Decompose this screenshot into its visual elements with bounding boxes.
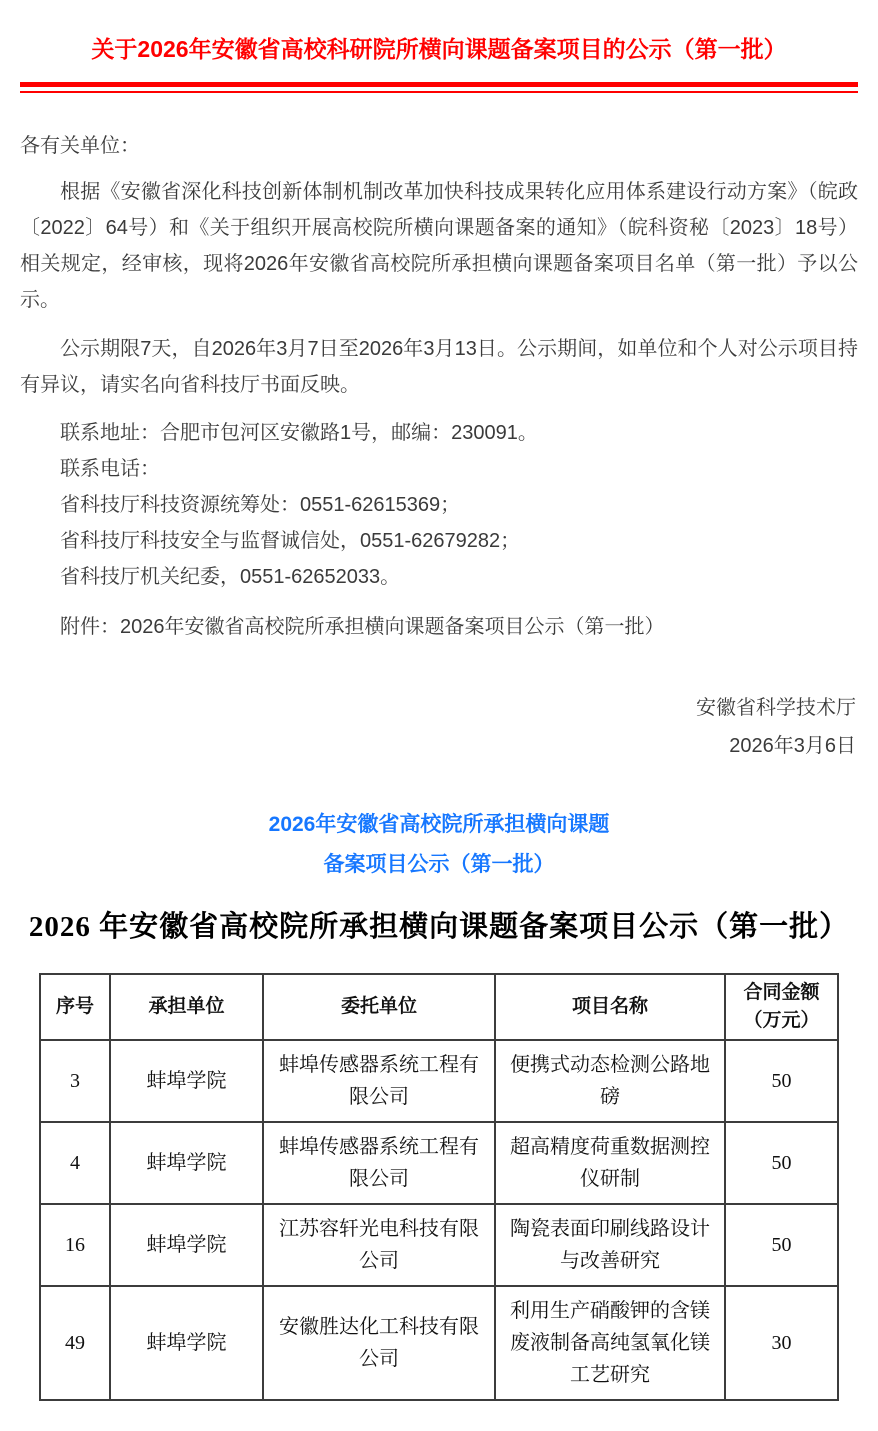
- contact-block: 联系地址：合肥市包河区安徽路1号，邮编：230091。 联系电话： 省科技厅科技…: [20, 415, 858, 595]
- table-header-row: 序号 承担单位 委托单位 项目名称 合同金额 （万元）: [40, 974, 838, 1040]
- divider-thick-line: [20, 82, 858, 87]
- body-paragraph-period: 公示期限7天，自2026年3月7日至2026年3月13日。公示期间，如单位和个人…: [20, 331, 858, 403]
- cell-amount: 50: [725, 1204, 838, 1286]
- signature-block: 安徽省科学技术厅 2026年3月6日: [20, 689, 858, 765]
- salutation: 各有关单位：: [20, 131, 858, 161]
- signature-org: 安徽省科学技术厅: [20, 689, 856, 727]
- cell-unit: 蚌埠学院: [110, 1122, 263, 1204]
- contact-phone-resources: 省科技厅科技资源统筹处：0551-62615369；: [20, 487, 858, 523]
- header-amount-line2: （万元）: [732, 1007, 831, 1035]
- cell-client: 江苏容轩光电科技有限公司: [263, 1204, 495, 1286]
- header-client: 委托单位: [263, 974, 495, 1040]
- contact-address: 联系地址：合肥市包河区安徽路1号，邮编：230091。: [20, 415, 858, 451]
- cell-amount: 50: [725, 1122, 838, 1204]
- cell-unit: 蚌埠学院: [110, 1204, 263, 1286]
- header-amount: 合同金额 （万元）: [725, 974, 838, 1040]
- cell-client: 安徽胜达化工科技有限公司: [263, 1286, 495, 1400]
- table-row: 16 蚌埠学院 江苏容轩光电科技有限公司 陶瓷表面印刷线路设计与改善研究 50: [40, 1204, 838, 1286]
- body-paragraph-basis: 根据《安徽省深化科技创新体制机制改革加快科技成果转化应用体系建设行动方案》（皖政…: [20, 174, 858, 318]
- table-row: 49 蚌埠学院 安徽胜达化工科技有限公司 利用生产硝酸钾的含镁废液制备高纯氢氧化…: [40, 1286, 838, 1400]
- header-amount-line1: 合同金额: [732, 979, 831, 1007]
- signature-date: 2026年3月6日: [20, 727, 856, 765]
- annex-title: 2026年安徽省高校院所承担横向课题 备案项目公示（第一批）: [20, 805, 858, 885]
- divider-thin-line: [20, 91, 858, 93]
- attachment-line: 附件：2026年安徽省高校院所承担横向课题备案项目公示（第一批）: [20, 609, 858, 645]
- contact-phone-label: 联系电话：: [20, 451, 858, 487]
- table-title: 2026 年安徽省高校院所承担横向课题备案项目公示（第一批）: [20, 909, 858, 945]
- annex-title-line2: 备案项目公示（第一批）: [20, 845, 858, 885]
- cell-seq: 4: [40, 1122, 110, 1204]
- cell-amount: 50: [725, 1040, 838, 1122]
- table-row: 4 蚌埠学院 蚌埠传感器系统工程有限公司 超高精度荷重数据测控仪研制 50: [40, 1122, 838, 1204]
- contact-phone-discipline: 省科技厅机关纪委，0551-62652033。: [20, 559, 858, 595]
- page-title: 关于2026年安徽省高校科研院所横向课题备案项目的公示（第一批）: [20, 34, 858, 65]
- cell-seq: 3: [40, 1040, 110, 1122]
- projects-table: 序号 承担单位 委托单位 项目名称 合同金额 （万元） 3 蚌埠学院 蚌埠传感器…: [39, 973, 839, 1401]
- notice-page: 关于2026年安徽省高校科研院所横向课题备案项目的公示（第一批） 各有关单位： …: [0, 0, 878, 1431]
- cell-project: 超高精度荷重数据测控仪研制: [495, 1122, 725, 1204]
- header-project: 项目名称: [495, 974, 725, 1040]
- header-seq: 序号: [40, 974, 110, 1040]
- cell-amount: 30: [725, 1286, 838, 1400]
- cell-client: 蚌埠传感器系统工程有限公司: [263, 1040, 495, 1122]
- header-divider: [20, 82, 858, 93]
- cell-client: 蚌埠传感器系统工程有限公司: [263, 1122, 495, 1204]
- cell-project: 便携式动态检测公路地磅: [495, 1040, 725, 1122]
- cell-project: 陶瓷表面印刷线路设计与改善研究: [495, 1204, 725, 1286]
- cell-unit: 蚌埠学院: [110, 1040, 263, 1122]
- cell-unit: 蚌埠学院: [110, 1286, 263, 1400]
- table-row: 3 蚌埠学院 蚌埠传感器系统工程有限公司 便携式动态检测公路地磅 50: [40, 1040, 838, 1122]
- cell-project: 利用生产硝酸钾的含镁废液制备高纯氢氧化镁工艺研究: [495, 1286, 725, 1400]
- cell-seq: 16: [40, 1204, 110, 1286]
- cell-seq: 49: [40, 1286, 110, 1400]
- contact-phone-supervision: 省科技厅科技安全与监督诚信处，0551-62679282；: [20, 523, 858, 559]
- annex-title-line1: 2026年安徽省高校院所承担横向课题: [20, 805, 858, 845]
- header-unit: 承担单位: [110, 974, 263, 1040]
